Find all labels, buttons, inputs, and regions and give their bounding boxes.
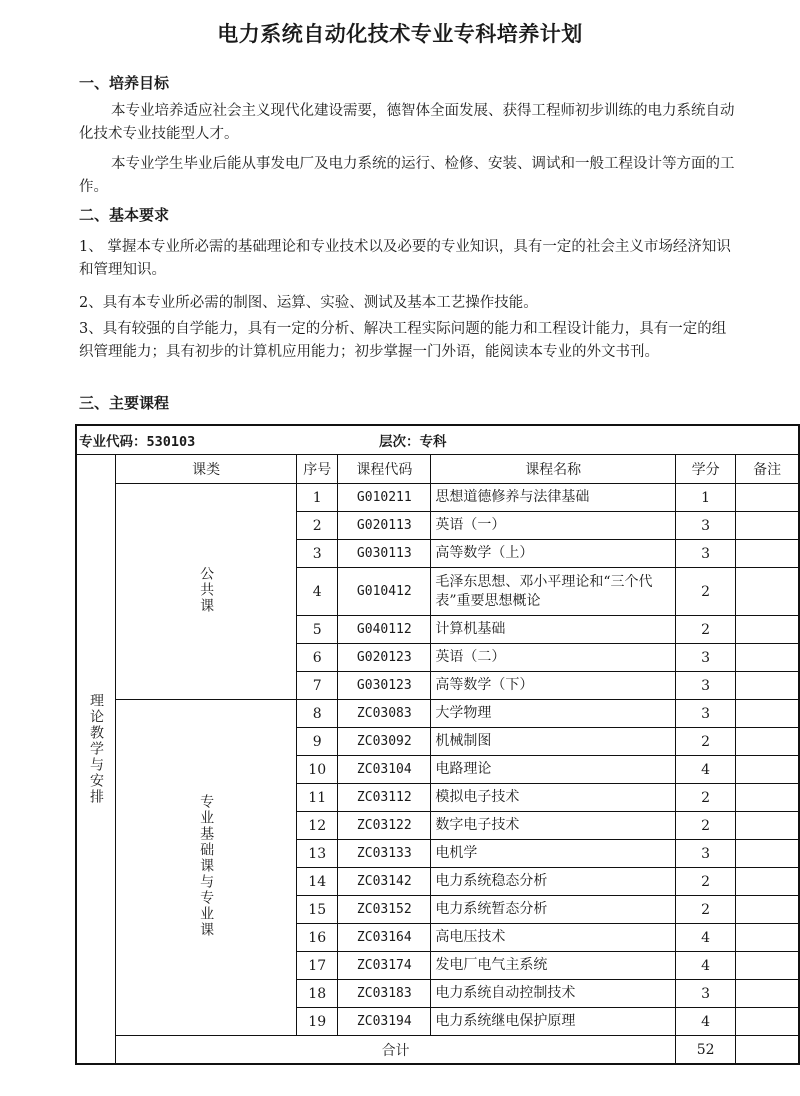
note-cell	[736, 840, 799, 868]
code-cell: ZC03183	[338, 980, 431, 1008]
table-meta-row: 专业代码：530103 层次：专科	[76, 425, 799, 455]
note-cell	[736, 616, 799, 644]
category-major-cell: 专业基础课与专业课	[116, 700, 297, 1036]
credit-cell: 1	[676, 484, 736, 512]
name-cell: 英语（一）	[431, 512, 676, 540]
code-cell: G030113	[338, 540, 431, 568]
course-plan-table: 专业代码：530103 层次：专科 理论教学与安排 课类 序号 课程代码 课程名…	[75, 424, 800, 1065]
seq-cell: 9	[297, 728, 338, 756]
seq-cell: 1	[297, 484, 338, 512]
code-cell: ZC03112	[338, 784, 431, 812]
outer-group-cell: 理论教学与安排	[76, 455, 116, 1065]
table-row: 专业基础课与专业课 8 ZC03083 大学物理 3	[76, 700, 799, 728]
credit-cell: 2	[676, 868, 736, 896]
seq-cell: 11	[297, 784, 338, 812]
goals-paragraph-2: 本专业学生毕业后能从事发电厂及电力系统的运行、检修、安装、调试和一般工程设计等方…	[79, 153, 739, 199]
note-cell	[736, 896, 799, 924]
code-cell: G020123	[338, 644, 431, 672]
note-cell	[736, 484, 799, 512]
name-cell: 毛泽东思想、邓小平理论和“三个代表”重要思想概论	[431, 568, 676, 616]
note-cell	[736, 512, 799, 540]
seq-cell: 6	[297, 644, 338, 672]
name-cell: 高等数学（下）	[431, 672, 676, 700]
name-cell: 机械制图	[431, 728, 676, 756]
name-cell: 思想道德修养与法律基础	[431, 484, 676, 512]
name-cell: 电机学	[431, 840, 676, 868]
name-cell: 电力系统继电保护原理	[431, 1008, 676, 1036]
seq-cell: 10	[297, 756, 338, 784]
document-title: 电力系统自动化技术专业专科培养计划	[0, 18, 800, 48]
code-cell: ZC03122	[338, 812, 431, 840]
seq-cell: 19	[297, 1008, 338, 1036]
credit-cell: 3	[676, 840, 736, 868]
credit-cell: 4	[676, 1008, 736, 1036]
note-cell	[736, 540, 799, 568]
seq-cell: 4	[297, 568, 338, 616]
code-cell: ZC03092	[338, 728, 431, 756]
seq-cell: 13	[297, 840, 338, 868]
header-note: 备注	[736, 455, 799, 484]
note-cell	[736, 784, 799, 812]
requirement-3: 3、具有较强的自学能力，具有一定的分析、解决工程实际问题的能力和工程设计能力，具…	[79, 318, 739, 364]
seq-cell: 15	[297, 896, 338, 924]
name-cell: 大学物理	[431, 700, 676, 728]
note-cell	[736, 700, 799, 728]
section-heading-goals: 一、培养目标	[79, 72, 169, 93]
credit-cell: 3	[676, 540, 736, 568]
code-cell: G040112	[338, 616, 431, 644]
header-seq: 序号	[297, 455, 338, 484]
credit-cell: 2	[676, 616, 736, 644]
credit-cell: 2	[676, 812, 736, 840]
goals-paragraph-1: 本专业培养适应社会主义现代化建设需要，德智体全面发展、获得工程师初步训练的电力系…	[79, 100, 739, 146]
note-cell	[736, 952, 799, 980]
code-cell: G010412	[338, 568, 431, 616]
category-label: 公共课	[196, 566, 216, 614]
section-heading-requirements: 二、基本要求	[79, 204, 169, 225]
code-cell: G020113	[338, 512, 431, 540]
name-cell: 电力系统自动控制技术	[431, 980, 676, 1008]
note-cell	[736, 728, 799, 756]
credit-cell: 2	[676, 784, 736, 812]
credit-cell: 3	[676, 672, 736, 700]
code-cell: G030123	[338, 672, 431, 700]
total-note	[736, 1036, 799, 1065]
name-cell: 模拟电子技术	[431, 784, 676, 812]
name-cell: 电路理论	[431, 756, 676, 784]
name-cell: 电力系统稳态分析	[431, 868, 676, 896]
major-code-label: 专业代码：530103	[77, 430, 379, 450]
code-cell: ZC03194	[338, 1008, 431, 1036]
name-cell: 电力系统暂态分析	[431, 896, 676, 924]
credit-cell: 2	[676, 568, 736, 616]
credit-cell: 2	[676, 728, 736, 756]
name-cell: 数字电子技术	[431, 812, 676, 840]
seq-cell: 16	[297, 924, 338, 952]
table-row: 公共课 1 G010211 思想道德修养与法律基础 1	[76, 484, 799, 512]
note-cell	[736, 672, 799, 700]
requirement-1: 1、 掌握本专业所必需的基础理论和专业技术以及必要的专业知识，具有一定的社会主义…	[79, 236, 739, 282]
code-cell: ZC03174	[338, 952, 431, 980]
category-public-cell: 公共课	[116, 484, 297, 700]
seq-cell: 14	[297, 868, 338, 896]
name-cell: 发电厂电气主系统	[431, 952, 676, 980]
note-cell	[736, 980, 799, 1008]
total-label: 合计	[116, 1036, 676, 1065]
credit-cell: 2	[676, 896, 736, 924]
code-cell: ZC03104	[338, 756, 431, 784]
header-category: 课类	[116, 455, 297, 484]
note-cell	[736, 756, 799, 784]
note-cell	[736, 868, 799, 896]
credit-cell: 4	[676, 924, 736, 952]
credit-cell: 3	[676, 512, 736, 540]
seq-cell: 12	[297, 812, 338, 840]
category-label: 专业基础课与专业课	[196, 794, 216, 938]
requirement-2: 2、具有本专业所必需的制图、运算、实验、测试及基本工艺操作技能。	[79, 292, 739, 315]
note-cell	[736, 1008, 799, 1036]
section-heading-courses: 三、主要课程	[79, 392, 169, 413]
outer-group-label: 理论教学与安排	[86, 693, 106, 805]
note-cell	[736, 568, 799, 616]
note-cell	[736, 644, 799, 672]
seq-cell: 2	[297, 512, 338, 540]
header-credit: 学分	[676, 455, 736, 484]
seq-cell: 7	[297, 672, 338, 700]
level-label: 层次：专科	[379, 430, 798, 450]
code-cell: ZC03083	[338, 700, 431, 728]
total-credit: 52	[676, 1036, 736, 1065]
name-cell: 英语（二）	[431, 644, 676, 672]
credit-cell: 3	[676, 980, 736, 1008]
note-cell	[736, 924, 799, 952]
total-row: 合计 52	[76, 1036, 799, 1065]
code-cell: G010211	[338, 484, 431, 512]
seq-cell: 3	[297, 540, 338, 568]
seq-cell: 8	[297, 700, 338, 728]
table-header-row: 理论教学与安排 课类 序号 课程代码 课程名称 学分 备注	[76, 455, 799, 484]
code-cell: ZC03133	[338, 840, 431, 868]
name-cell: 高等数学（上）	[431, 540, 676, 568]
credit-cell: 4	[676, 756, 736, 784]
header-name: 课程名称	[431, 455, 676, 484]
seq-cell: 17	[297, 952, 338, 980]
credit-cell: 3	[676, 644, 736, 672]
credit-cell: 4	[676, 952, 736, 980]
code-cell: ZC03164	[338, 924, 431, 952]
name-cell: 计算机基础	[431, 616, 676, 644]
name-cell: 高电压技术	[431, 924, 676, 952]
code-cell: ZC03142	[338, 868, 431, 896]
code-cell: ZC03152	[338, 896, 431, 924]
header-code: 课程代码	[338, 455, 431, 484]
credit-cell: 3	[676, 700, 736, 728]
seq-cell: 18	[297, 980, 338, 1008]
seq-cell: 5	[297, 616, 338, 644]
note-cell	[736, 812, 799, 840]
